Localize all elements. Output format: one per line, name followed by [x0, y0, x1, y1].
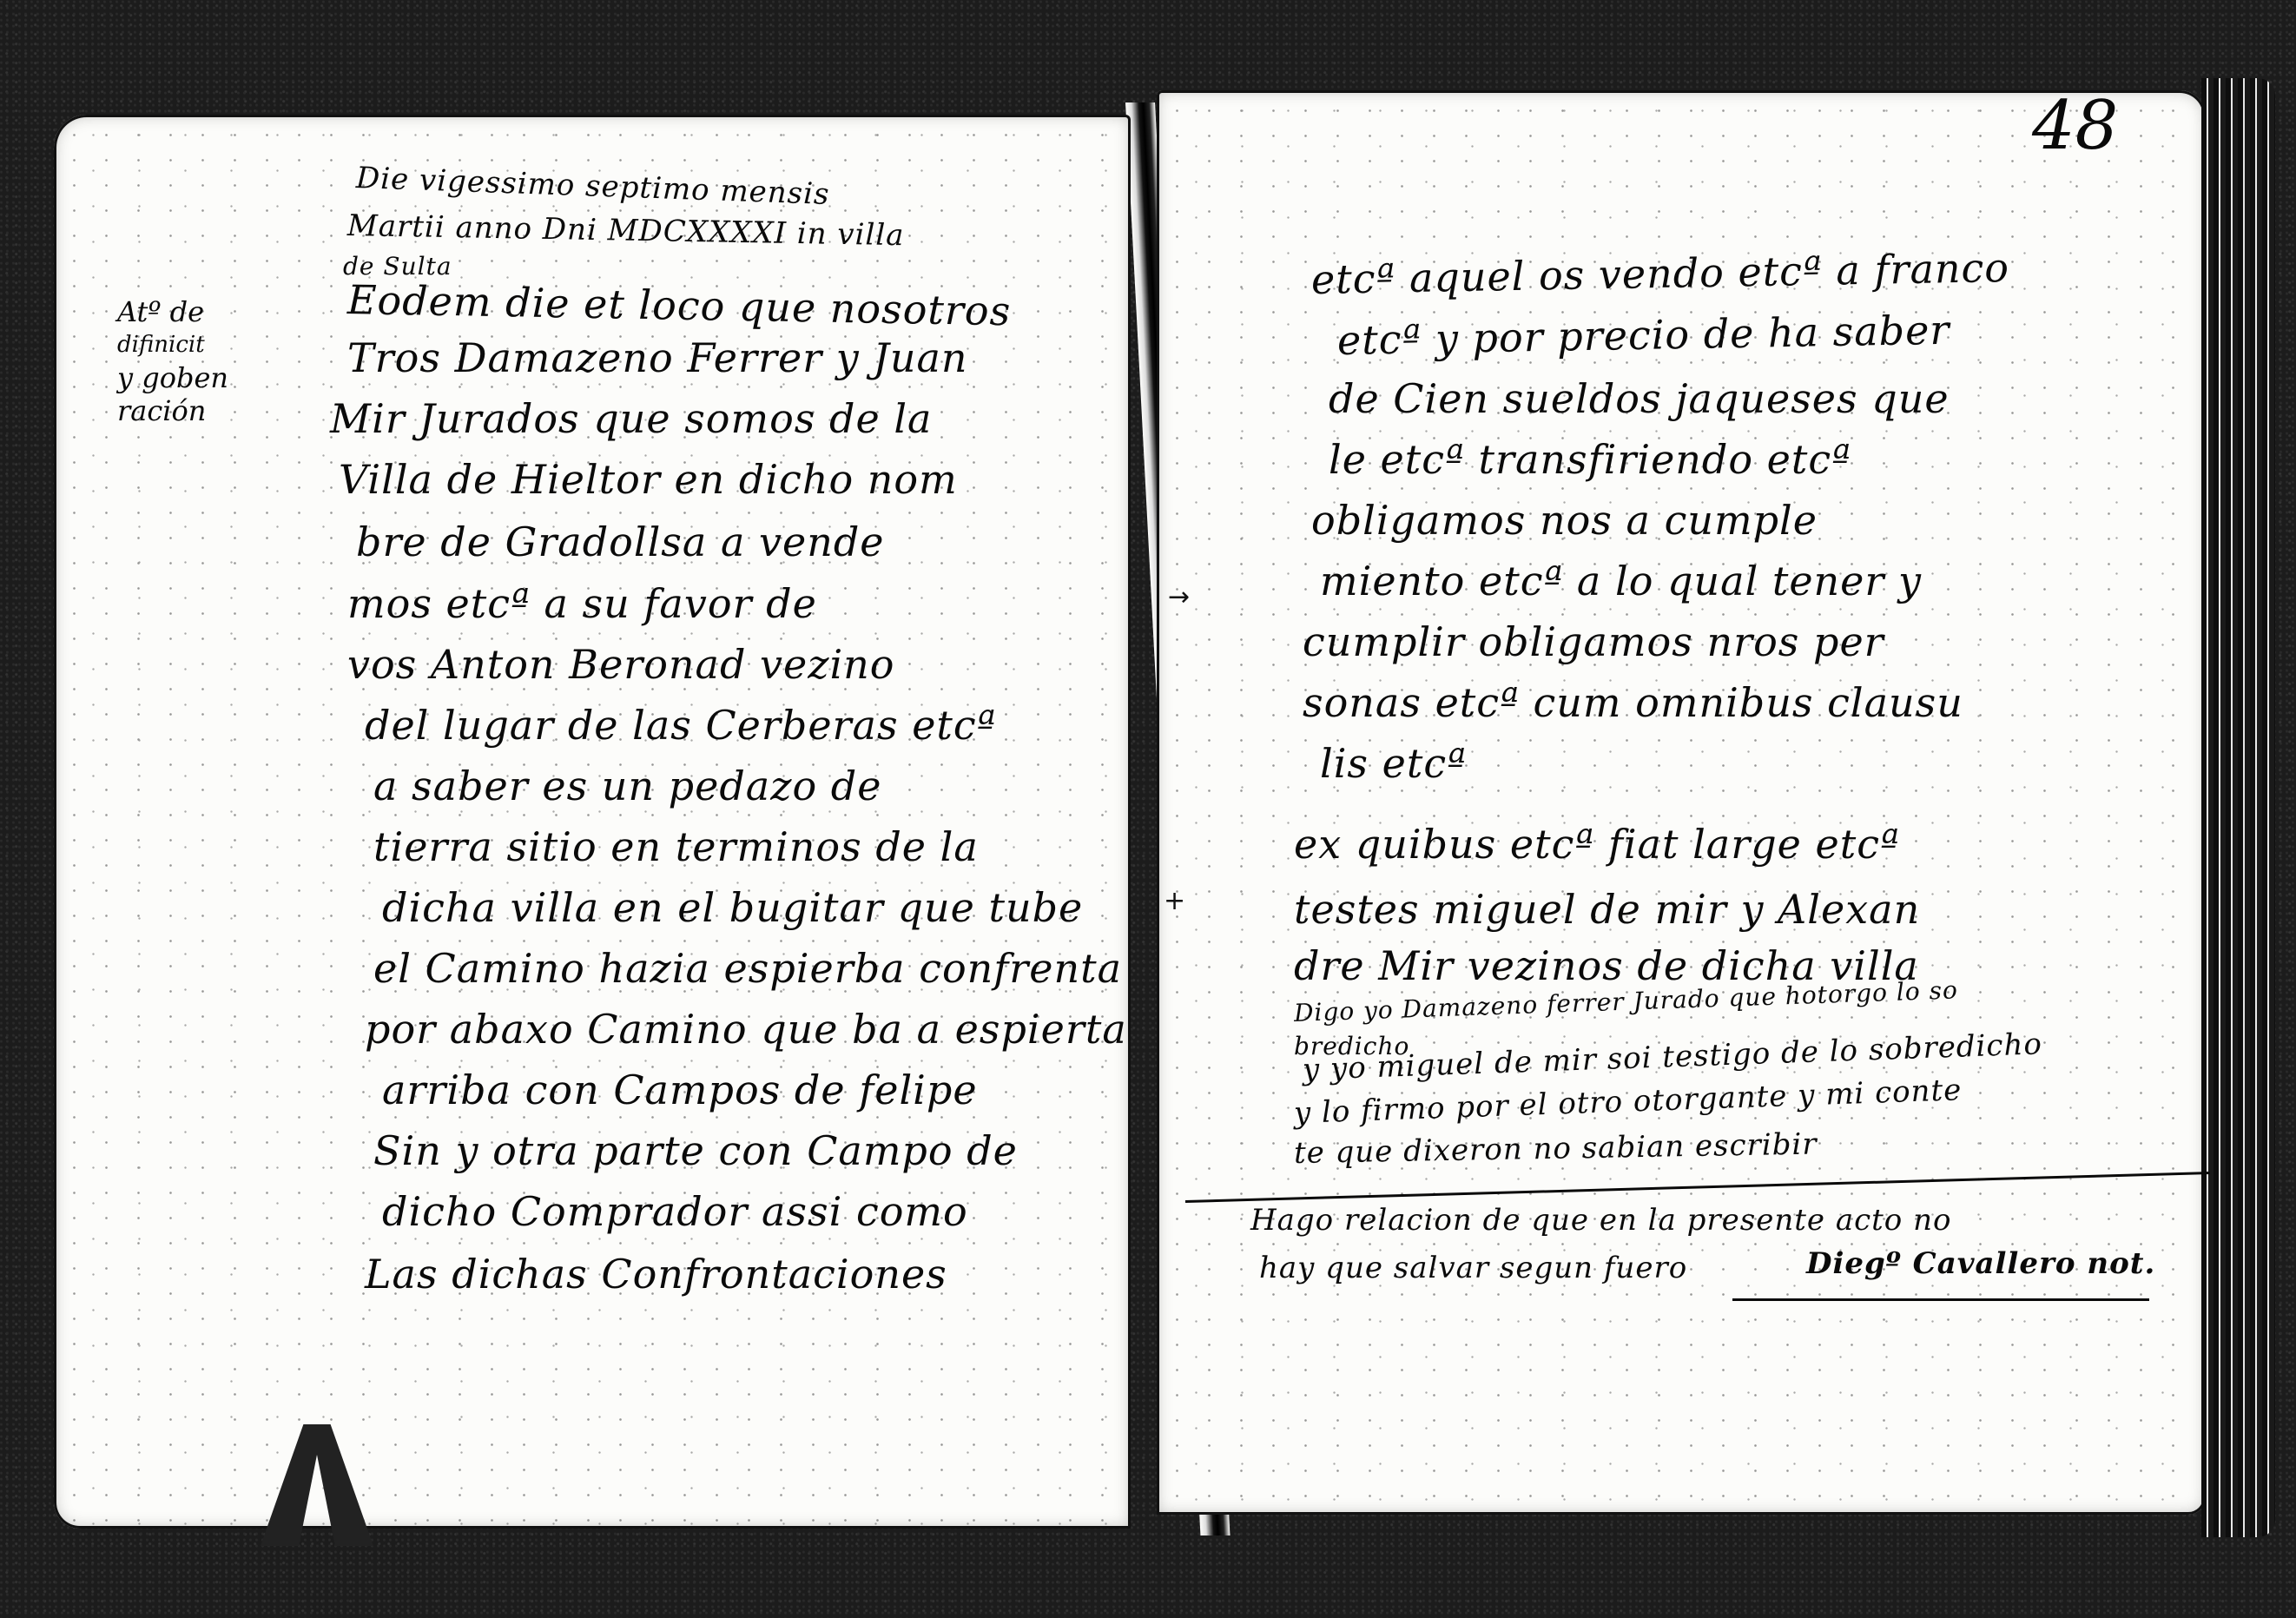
manuscript-line: le etcª transfiriendo etcª — [1329, 436, 1851, 483]
arrow-mark: → — [1168, 582, 1190, 612]
manuscript-line: tierra sitio en terminos de la — [373, 823, 979, 870]
manuscript-line: dicha villa en el bugitar que tube — [382, 884, 1083, 931]
margin-note-line: difinicit — [117, 328, 228, 361]
notary-signature: Diegº Cavallero not. — [1806, 1246, 2155, 1281]
manuscript-line: Las dichas Confrontaciones — [365, 1251, 947, 1298]
manuscript-line: de Cien sueldos jaqueses que — [1329, 375, 1950, 422]
manuscript-line: Mir Jurados que somos de la — [330, 395, 932, 442]
margin-note: Atº de difinicit y goben ración — [117, 295, 228, 427]
stacked-page-edges — [2201, 78, 2275, 1537]
manuscript-line: sonas etcª cum omnibus clausu — [1303, 679, 1963, 726]
manuscript-line: Sin y otra parte con Campo de — [373, 1127, 1018, 1174]
margin-note-line: Atº de — [117, 295, 228, 328]
right-page — [1157, 90, 2206, 1515]
manuscript-line: por abaxo Camino que ba a espierta — [365, 1006, 1127, 1053]
witness-line: testes miguel de mir y Alexan — [1294, 886, 1920, 933]
manuscript-line: miento etcª a lo qual tener y — [1320, 558, 1922, 604]
margin-note-line: ración — [117, 394, 228, 427]
cross-mark: + — [1164, 886, 1185, 916]
manuscript-line: arriba con Campos de felipe — [382, 1067, 978, 1113]
paper-speckle — [1157, 90, 2206, 1515]
manuscript-line: vos Anton Beronad vezino — [347, 641, 895, 688]
manuscript-line: bre de Gradollsa a vende — [356, 518, 885, 565]
manuscript-line: cumplir obligamos nros per — [1303, 618, 1884, 665]
signature-underline — [1732, 1298, 2149, 1301]
margin-note-line: y goben — [117, 361, 228, 394]
closing-line: Hago relacion de que en la presente acto… — [1250, 1203, 1951, 1238]
manuscript-line: a saber es un pedazo de — [373, 763, 881, 809]
manuscript-line: Villa de Hieltor en dicho nom — [339, 456, 958, 503]
witness-line: ex quibus etcª fiat large etcª — [1294, 821, 1900, 868]
folio-number: 48 — [2032, 87, 2118, 165]
manuscript-line: mos etcª a su favor de — [347, 580, 817, 627]
manuscript-line: Tros Damazeno Ferrer y Juan — [347, 334, 968, 381]
manuscript-line: lis etcª — [1320, 740, 1467, 787]
closing-line: hay que salvar segun fuero — [1259, 1251, 1687, 1285]
manuscript-line: del lugar de las Cerberas etcª — [365, 702, 997, 749]
manuscript-line: obligamos nos a cumple — [1311, 497, 1818, 544]
manuscript-line: el Camino hazia espierba confrenta — [373, 945, 1122, 992]
manuscript-line: dicho Comprador assi como — [382, 1188, 968, 1235]
